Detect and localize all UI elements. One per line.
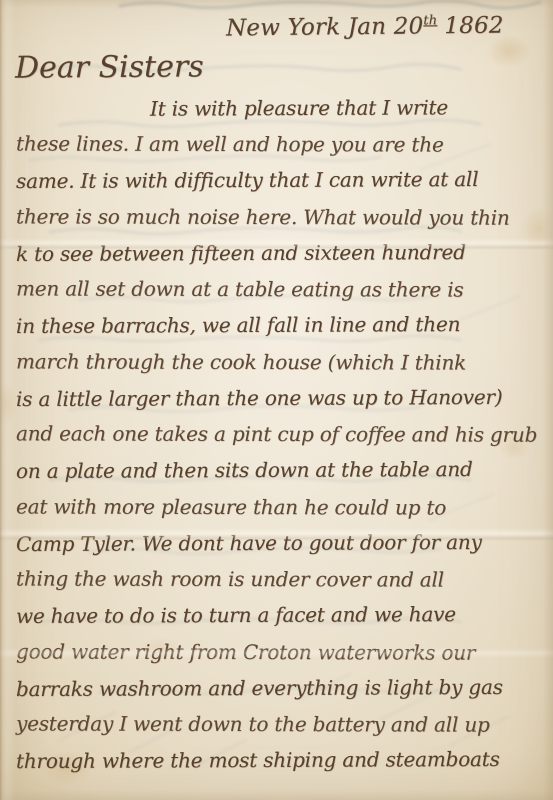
letter-line: Camp Tyler. We dont have to gout door fo… [16,530,482,556]
letter-line: on a plate and then sits down at the tab… [16,457,473,483]
dateline-place-day: New York Jan 20 [226,13,424,41]
letter-line: through where the most shiping and steam… [16,747,500,773]
dateline: New York Jan 20th1862 [226,13,504,42]
letter-line: in these barrachs, we all fall in line a… [16,312,460,338]
letter-line: and each one takes a pint cup of coffee … [16,421,537,446]
letter-line: men all set down at a table eating as th… [16,276,464,301]
letter-line: there is so much noise here. What would … [16,204,510,229]
letter-line: is a little larger than the one was up t… [16,385,503,411]
letter-line: yesterday I went down to the battery and… [16,711,490,736]
letter-line: same. It is with difficulty that I can w… [16,167,478,193]
letter-line: thing the wash room is under cover and a… [16,566,444,591]
salutation: Dear Sisters [15,49,204,85]
letter-body: New York Jan 20th1862 Dear Sisters It is… [0,0,553,800]
letter-line: barraks washroom and everything is light… [16,675,503,701]
letter-line: It is with pleasure that I write [150,95,448,120]
letter-line: these lines. I am well and hope you are … [16,131,444,156]
letter-line: we have to do is to turn a facet and we … [16,602,456,628]
letter-line: march through the cook house (which I th… [16,349,466,374]
dateline-year: 1862 [444,13,504,40]
letter-page: New York Jan 20th1862 Dear Sisters It is… [0,0,553,800]
letter-line: eat with more pleasure than he could up … [16,494,446,519]
letter-line: k to see between fifteen and sixteen hun… [16,240,466,266]
dateline-ordinal: th [423,13,437,28]
letter-line: good water right from Croton waterworks … [16,639,475,664]
